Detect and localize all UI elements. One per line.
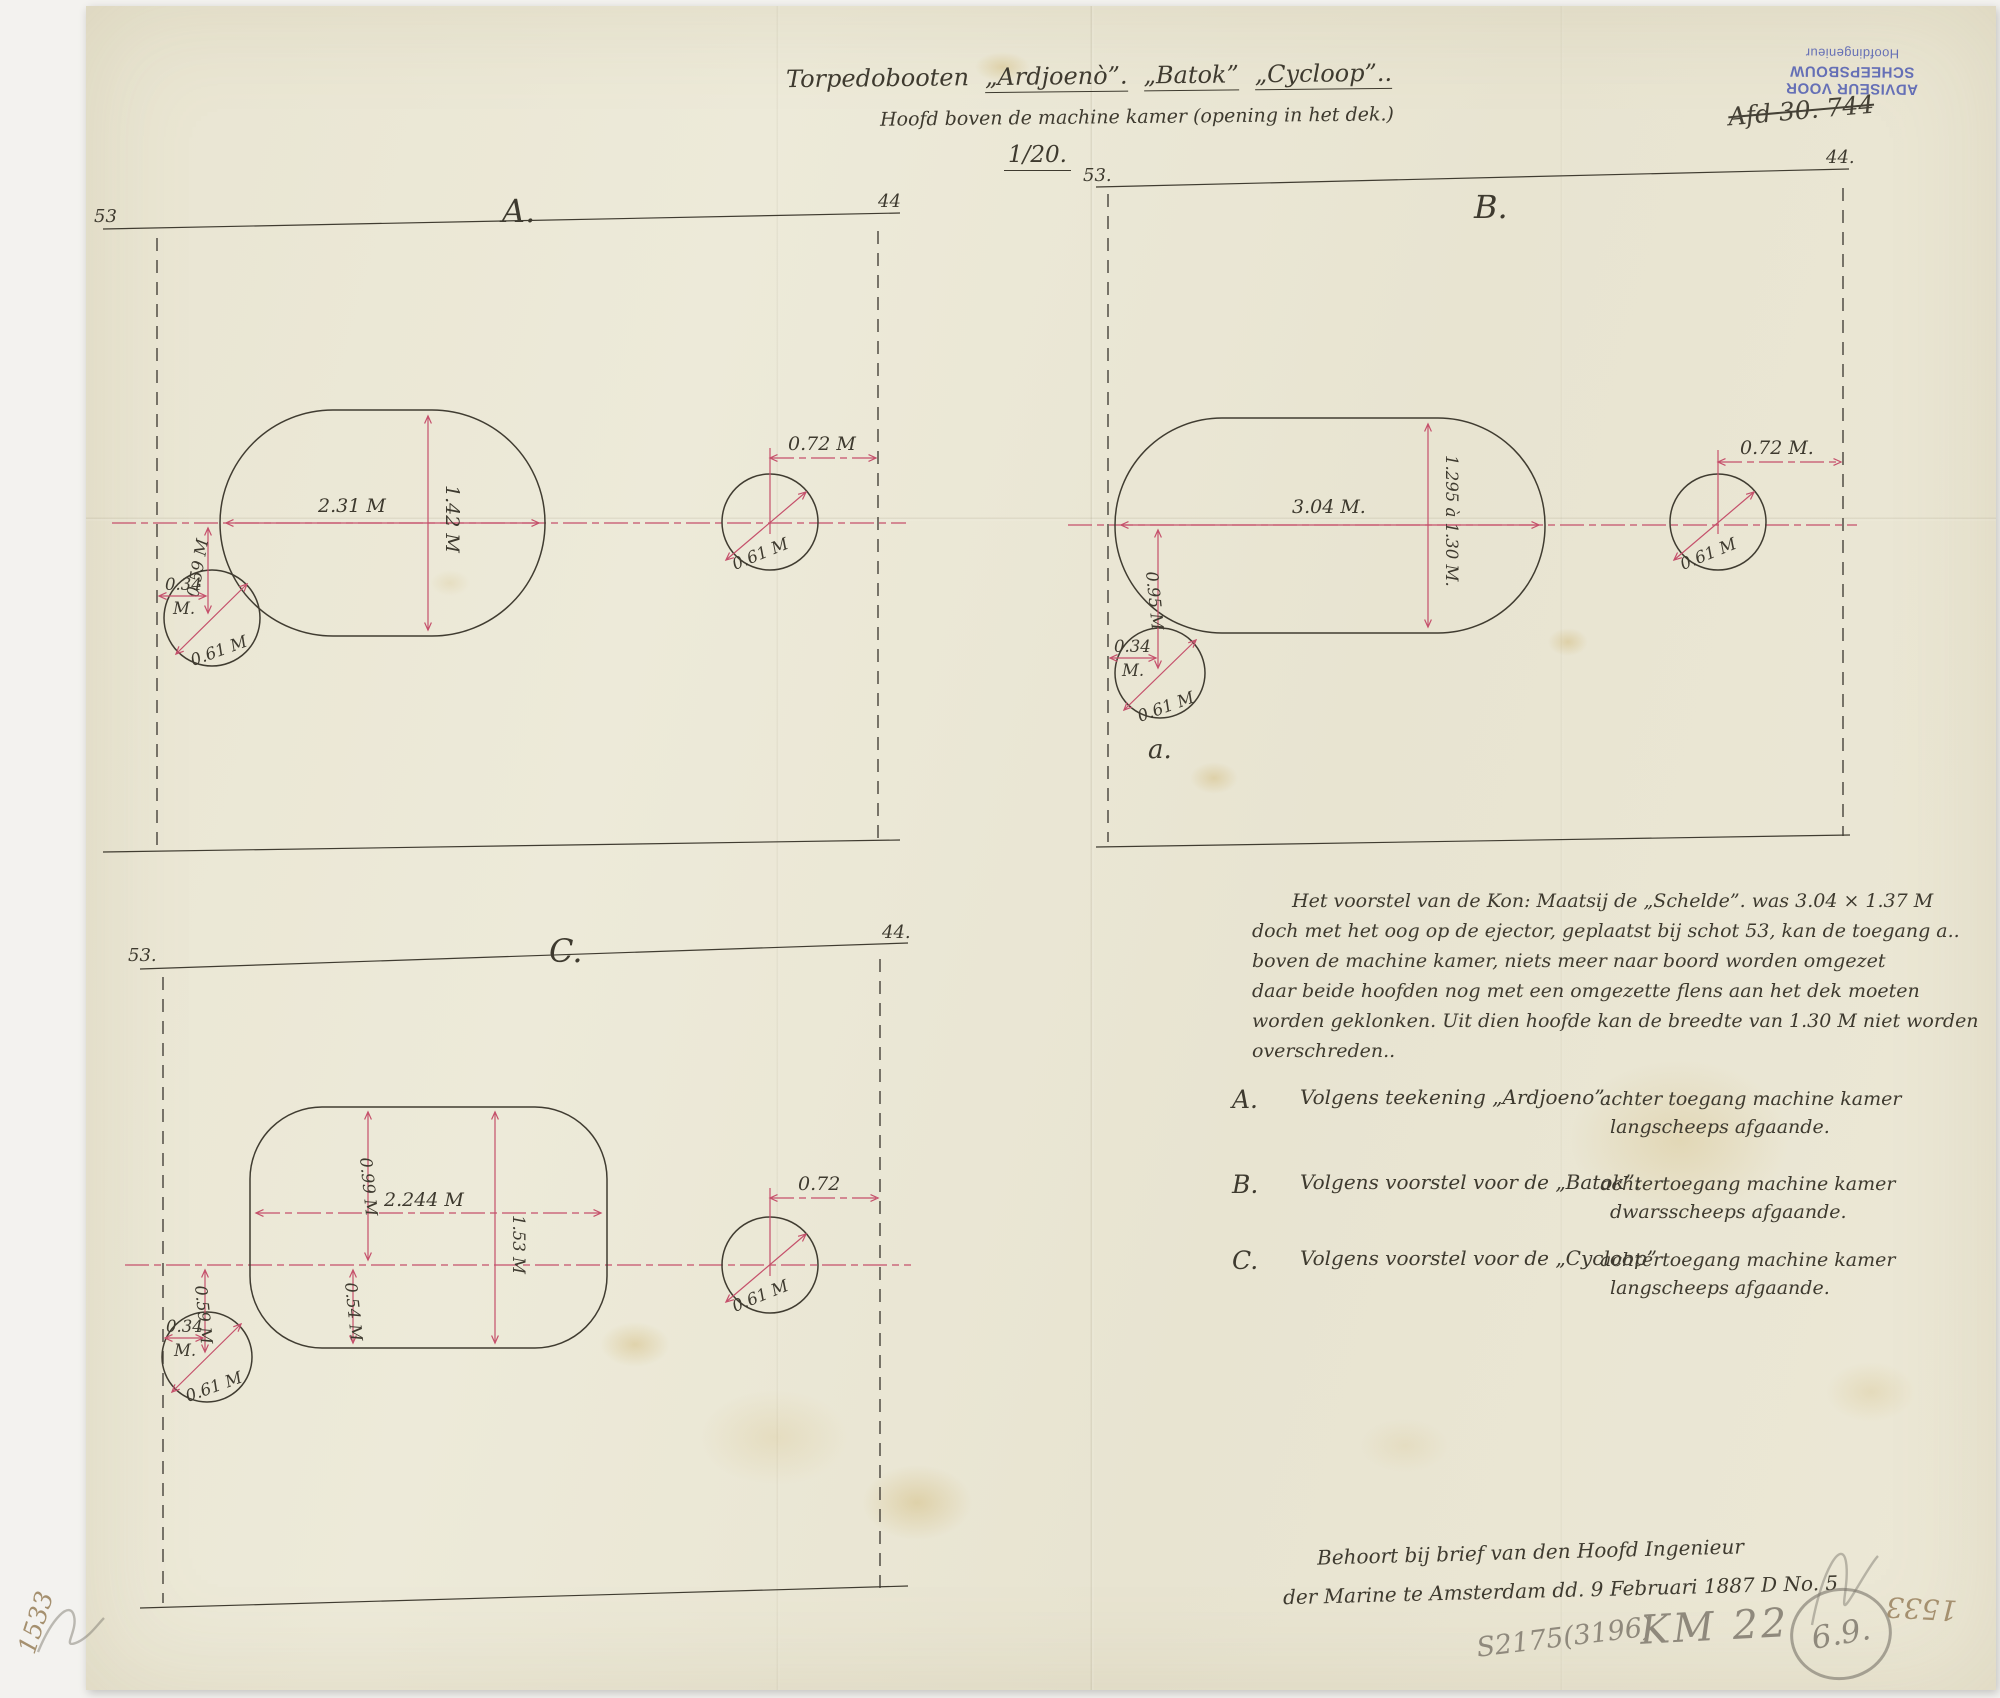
legend-desc-line: achtertoegang machine kamer: [1600, 1170, 1895, 1198]
frame-top-line: [1096, 169, 1849, 187]
frame-bottom-line: [103, 840, 900, 852]
upper-dim: 0.99 M: [356, 1156, 381, 1218]
left-circle-voffset: 0.59 M: [191, 1284, 216, 1346]
right-circle-offset: 0.72 M: [788, 433, 856, 455]
note-line: worden geklonken. Uit dien hoofde kan de…: [1252, 1006, 1932, 1036]
note-line: overschreden..: [1252, 1036, 1932, 1066]
legend-key: C.: [1232, 1246, 1300, 1275]
left-circle-hoffset: 0.34: [166, 1317, 203, 1336]
note-line: daar beide hoofden nog met een omgezette…: [1252, 976, 1932, 1006]
legend-key: A.: [1232, 1085, 1300, 1114]
legend-entry: Volgens voorstel voor de „Cycloop”: [1300, 1246, 1600, 1270]
drawing-b: B. 53. 44. 3.04 M. 1.295 à 1.30 M. a. 0.…: [1068, 147, 1857, 847]
left-circle-hoffset-unit: M.: [173, 1341, 196, 1360]
height-dim: 1.295 à 1.30 M.: [1442, 455, 1461, 587]
legend-desc-line: langscheeps afgaande.: [1600, 1274, 1895, 1302]
legend-desc: achtertoegang machine kamer langscheeps …: [1600, 1246, 1895, 1302]
legend-row-a: A. Volgens teekening „Ardjoeno”: achter …: [1232, 1085, 1962, 1141]
drawing-c-label: C.: [549, 932, 583, 970]
drawing-c: C. 53. 44. 2.244 M 1.53 M 0.99 M 0.54 M …: [125, 922, 911, 1608]
toegang-a-label: a.: [1148, 735, 1172, 765]
frame-label-53: 53.: [128, 945, 157, 966]
pencil-circled-number-text: 6.9.: [1809, 1611, 1874, 1657]
note-paragraph: Het voorstel van de Kon: Maatsij de „Sch…: [1252, 886, 1932, 1066]
scanned-drawing: Torpedobooten „Ardjoenò”. „Batok” „Cyclo…: [0, 0, 2000, 1698]
legend-desc-line: dwarsscheeps afgaande.: [1600, 1198, 1895, 1226]
legend-desc-line: achtertoegang machine kamer: [1600, 1246, 1895, 1274]
legend-key: B.: [1232, 1170, 1300, 1199]
right-circle-offset: 0.72 M.: [1740, 437, 1814, 459]
legend-entry: Volgens teekening „Ardjoeno”:: [1300, 1085, 1600, 1109]
right-circle-diameter: 0.61 M: [729, 1276, 792, 1316]
legend-entry: Volgens voorstel voor de „Batok”:: [1300, 1170, 1600, 1194]
frame-label-44: 44.: [881, 922, 911, 943]
legend-desc: achtertoegang machine kamer dwarsscheeps…: [1600, 1170, 1895, 1226]
left-circle-hoffset-unit: M.: [172, 599, 195, 618]
drawing-b-label: B.: [1473, 188, 1508, 226]
left-circle-hoffset: 0.34: [1114, 637, 1151, 656]
left-circle-hoffset-unit: M.: [1121, 661, 1144, 680]
drawing-a: A. 53 44 2.31 M 1.42 M 0.59 M 0.34 M. 0.…: [94, 191, 906, 852]
legend-desc-line: langscheeps afgaande.: [1600, 1113, 1901, 1141]
left-circle-voffset: 0.95 M: [1142, 570, 1167, 632]
note-line: boven de machine kamer, niets meer naar …: [1252, 946, 1932, 976]
note-line: Het voorstel van de Kon: Maatsij de „Sch…: [1252, 886, 1932, 916]
left-circle-diameter: 0.61 M: [1135, 687, 1198, 725]
note-line: doch met het oog op de ejector, geplaats…: [1252, 916, 1932, 946]
left-circle-diameter: 0.61 M: [183, 1367, 246, 1405]
hatch-outline: [250, 1107, 607, 1348]
width-dim: 2.244 M: [383, 1189, 464, 1211]
left-circle-hoffset: 0.34: [165, 575, 202, 594]
left-circle-diameter: 0.61 M: [188, 631, 251, 669]
legend-row-b: B. Volgens voorstel voor de „Batok”: ach…: [1232, 1170, 1962, 1226]
frame-top-line: [140, 943, 908, 969]
frame-label-44: 44.: [1825, 147, 1855, 168]
legend-desc-line: achter toegang machine kamer: [1600, 1085, 1901, 1113]
frame-bottom-line: [1096, 835, 1850, 847]
width-dim: 2.31 M: [317, 495, 386, 517]
corner-number-right: 1533: [1885, 1590, 1958, 1627]
frame-bottom-line: [140, 1586, 908, 1608]
legend-desc: achter toegang machine kamer langscheeps…: [1600, 1085, 1901, 1141]
height-dim: 1.53 M: [509, 1215, 528, 1275]
right-circle-offset: 0.72: [798, 1173, 840, 1195]
frame-label-53: 53: [94, 206, 117, 227]
lower-dim: 0.54 M: [341, 1281, 366, 1343]
legend-row-c: C. Volgens voorstel voor de „Cycloop” ac…: [1232, 1246, 1962, 1302]
drawing-a-label: A.: [499, 192, 535, 230]
frame-label-44: 44: [877, 191, 901, 212]
linework-svg: A. 53 44 2.31 M 1.42 M 0.59 M 0.34 M. 0.…: [0, 0, 2000, 1698]
frame-label-53: 53.: [1083, 165, 1112, 186]
height-dim: 1.42 M: [441, 485, 463, 553]
width-dim: 3.04 M.: [1292, 496, 1366, 518]
pencil-km-number: KM 22: [1639, 1600, 1791, 1654]
